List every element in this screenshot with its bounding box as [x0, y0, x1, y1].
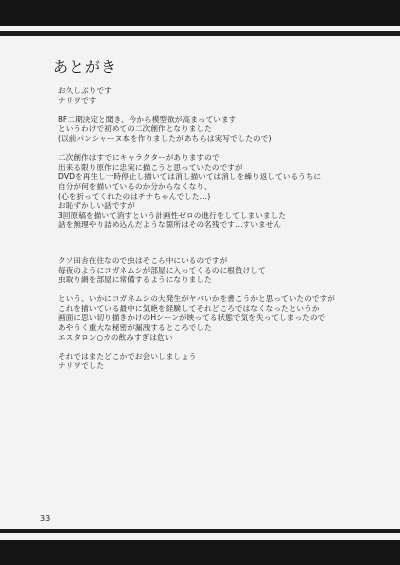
paragraph-bugs: クソ田舎在住なので虫はそこら中にいるのですが 毎夜のようにコガネムシが部屋に入っ… — [58, 256, 358, 285]
text-line: というわけで初めての二次創作となりました — [58, 124, 358, 134]
scan-bottom-strip — [0, 533, 400, 540]
text-line: それではまたどこかでお会いしましょう — [58, 352, 358, 362]
page-title: あとがき — [53, 56, 117, 77]
text-line: エスタロン○カの飲みすぎは危い — [58, 333, 358, 343]
text-line: クソ田舎在住なので虫はそこら中にいるのですが — [58, 256, 358, 266]
text-line: 虫取り網を部屋に常備するようになりました — [58, 275, 358, 285]
page-number: 33 — [40, 514, 50, 523]
text-line: (以前パンシャーヌ本を作りましたがあちらは実写でしたので) — [58, 134, 358, 144]
text-line: 話を無理やり詰め込んだような箇所はその名残です…すいません — [58, 220, 358, 230]
scan-bottom-band — [0, 540, 400, 565]
text-line: 8F二期決定と聞き、今から模型欲が高まっています — [58, 115, 358, 125]
text-line: (心を折ってくれたのはチナちゃんでした…) — [58, 192, 358, 202]
paragraph-signoff: それではまたどこかでお会いしましょう ナリヲでした — [58, 352, 358, 371]
text-line: あやうく重大な秘密が漏洩するところでした — [58, 323, 358, 333]
text-line: 毎夜のようにコガネムシが部屋に入ってくるのに根負けして — [58, 266, 358, 276]
text-line: ナリヲでした — [58, 361, 358, 371]
paragraph-greeting: お久しぶりです ナリヲです — [58, 86, 358, 105]
paragraph-process: 二次創作はすでにキャラクターがありますので 出来る限り原作に忠実に描こうと思って… — [58, 153, 358, 230]
text-line: 二次創作はすでにキャラクターがありますので — [58, 153, 358, 163]
text-line: 3回原稿を描いて消すという計画性ゼロの進行をしてしまいました — [58, 211, 358, 221]
scan-top-band — [0, 0, 400, 26]
paragraph-fainting: という、いかにコガネムシの大発生がヤバいかを書こうかと思っていたのですが これを… — [58, 294, 358, 342]
afterword-body: お久しぶりです ナリヲです 8F二期決定と聞き、今から模型欲が高まっています と… — [58, 86, 358, 381]
text-line: 出来る限り原作に忠実に描こうと思っていたのですが — [58, 163, 358, 173]
text-line: DVDを再生し一時停止し描いては消し描いては消しを繰り返しているうちに — [58, 172, 358, 182]
text-line: お恥ずかしい話ですが — [58, 201, 358, 211]
text-line: ナリヲです — [58, 96, 358, 106]
top-rule — [0, 31, 400, 36]
text-line: 画面に思い切り描きかけのHシーンが映ってる状態で気を失ってしまったので — [58, 313, 358, 323]
text-line: という、いかにコガネムシの大発生がヤバいかを書こうかと思っていたのですが — [58, 294, 358, 304]
paragraph-intro: 8F二期決定と聞き、今から模型欲が高まっています というわけで初めての二次創作と… — [58, 115, 358, 144]
text-line: 自分が何を描いているのか分からなくなり、 — [58, 182, 358, 192]
text-line: お久しぶりです — [58, 86, 358, 96]
